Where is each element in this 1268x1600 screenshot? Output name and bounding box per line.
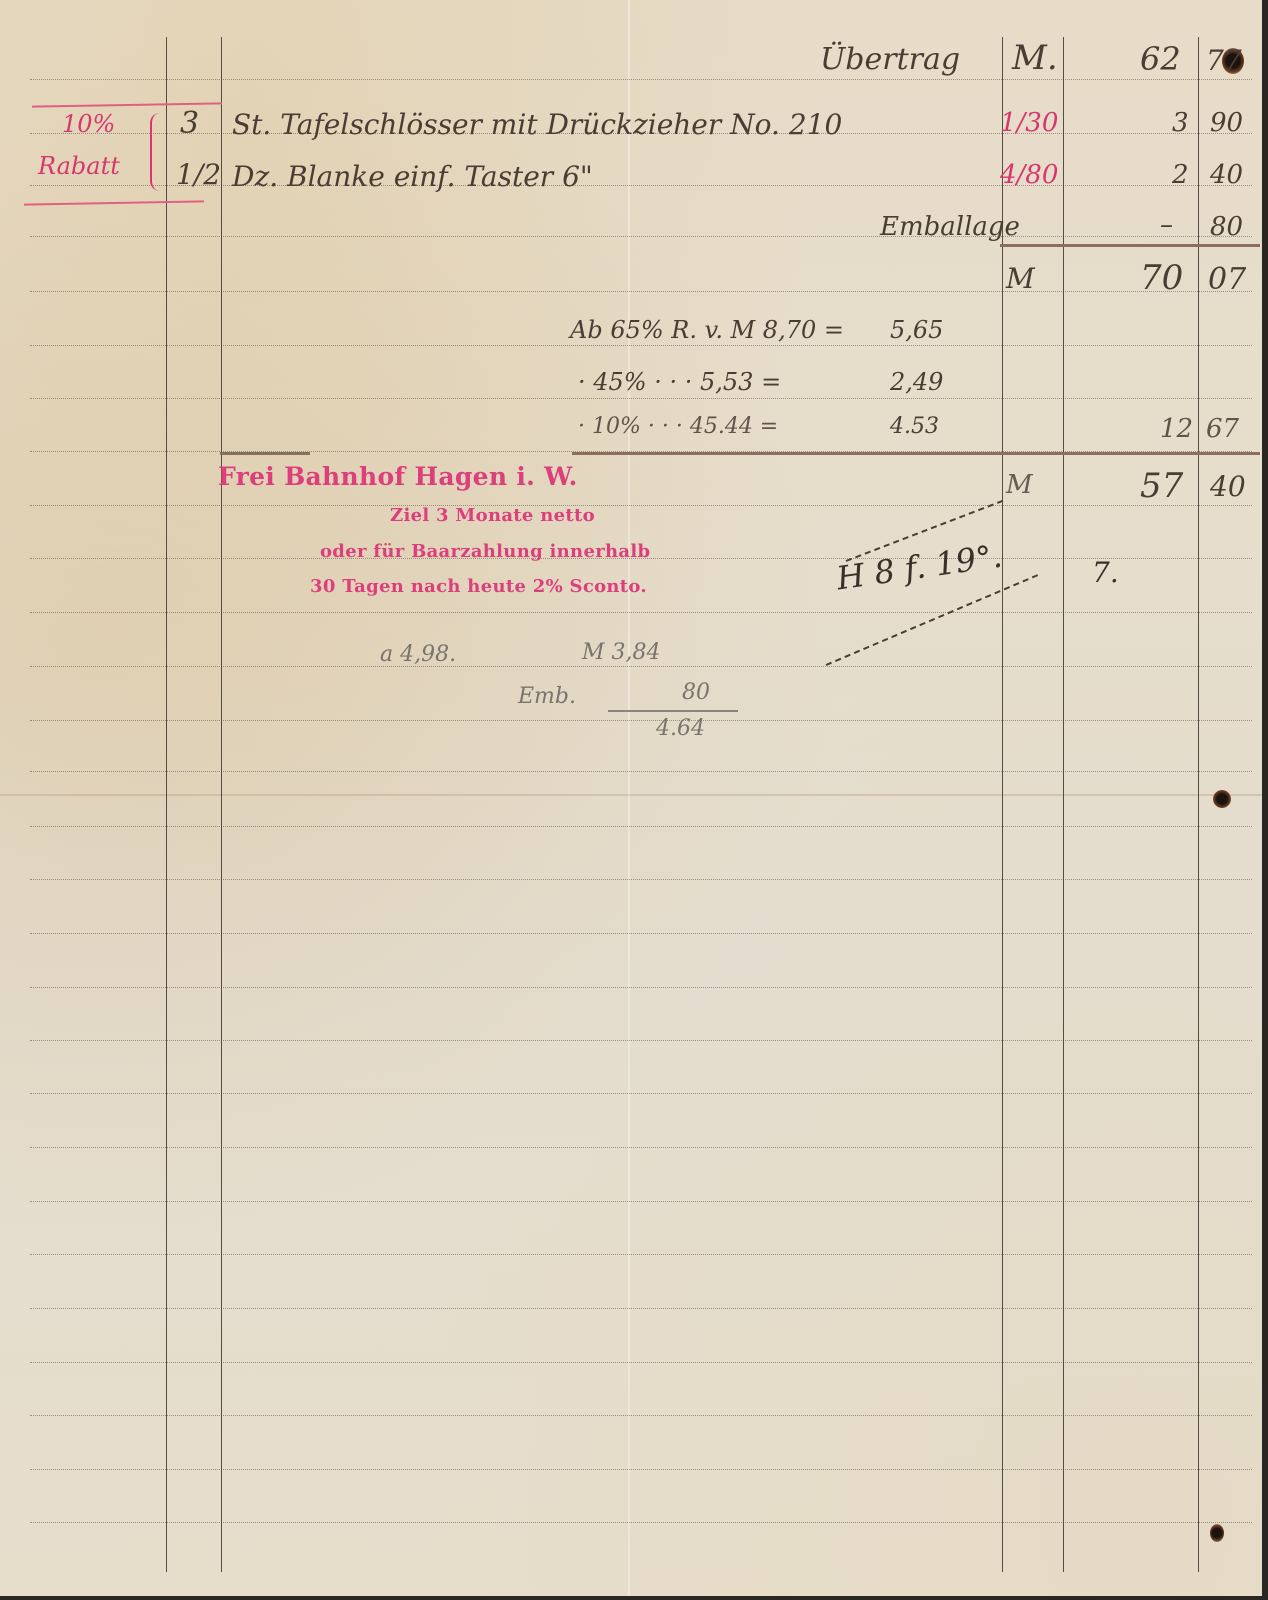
vertical-fold-crease — [628, 0, 630, 1596]
column-rule-unit-price — [1002, 37, 1003, 1572]
item-1-qty: 3 — [180, 106, 199, 141]
column-rule-marks — [1063, 37, 1064, 1572]
punch-hole — [1210, 1524, 1224, 1542]
ruled-line — [30, 879, 1252, 880]
ruled-line — [30, 612, 1252, 613]
cancel-right-mark: 7. — [1092, 556, 1119, 589]
pencil-sum-rule — [608, 710, 738, 712]
item-1-marks: 3 — [1172, 108, 1189, 138]
item-2-marks: 2 — [1172, 160, 1189, 190]
subtotal-currency: M — [1006, 262, 1035, 295]
deductions-total-marks: 12 — [1160, 414, 1193, 444]
ruled-line — [30, 933, 1252, 934]
item-1-unit-price: 1/30 — [1000, 108, 1058, 138]
packing-marks: – — [1160, 210, 1173, 240]
discount-percent: 10% — [62, 110, 115, 138]
cancel-note: H 8 f. 19°. — [834, 537, 1004, 598]
ruled-line — [30, 291, 1252, 292]
total-rule-left — [220, 452, 310, 455]
pencil-note-right: M 3,84 — [582, 640, 661, 665]
column-rule-qty — [221, 37, 222, 1572]
ruled-line — [30, 1522, 1252, 1523]
carried-forward-marks: 62 — [1140, 40, 1181, 78]
ruled-line — [30, 826, 1252, 827]
pencil-packing-label: Emb. — [518, 684, 576, 709]
ruled-line — [30, 398, 1252, 399]
total-pfennig: 40 — [1210, 470, 1246, 503]
ruled-line — [30, 1254, 1252, 1255]
pencil-result: 4.64 — [656, 716, 705, 741]
total-currency: M — [1006, 470, 1033, 500]
discount-bottom-rule — [24, 200, 204, 205]
deduction-1-text: Ab 65% R. v. M 8,70 = — [570, 316, 844, 344]
ruled-line — [30, 1147, 1252, 1148]
total-rule-right — [572, 452, 1260, 455]
ruled-line — [30, 1308, 1252, 1309]
invoice-page: Übertrag M. 62 77 10% Rabatt 3 St. Tafel… — [0, 0, 1262, 1596]
subtotal-pfennig: 07 — [1208, 262, 1246, 297]
ruled-line — [30, 79, 1252, 80]
carried-forward-label: Übertrag — [820, 42, 960, 77]
carried-forward-pfennig: 77 — [1206, 44, 1242, 77]
deduction-3-text: · 10% · · · 45.44 = — [578, 414, 778, 439]
item-2-qty: 1/2 — [176, 158, 221, 191]
stamp-delivery-terms: Frei Bahnhof Hagen i. W. — [218, 462, 578, 491]
subtotal-marks: 70 — [1140, 258, 1183, 298]
ruled-line — [30, 666, 1252, 667]
discount-brace-icon — [150, 113, 168, 191]
ruled-line — [30, 505, 1252, 506]
ruled-line — [30, 771, 1252, 772]
horizontal-fold-crease — [0, 794, 1262, 796]
column-rule-pfennig — [1198, 37, 1199, 1572]
item-1-description: St. Tafelschlösser mit Drückzieher No. 2… — [232, 108, 842, 141]
item-2-pfennig: 40 — [1210, 160, 1243, 190]
pencil-note-left: a 4,98. — [380, 642, 456, 667]
stamp-cash-payment: oder für Baarzahlung innerhalb — [320, 541, 650, 562]
ruled-line — [30, 345, 1252, 346]
subtotal-rule — [1000, 244, 1260, 247]
ruled-line — [30, 1201, 1252, 1202]
stamp-discount-terms: 30 Tagen nach heute 2% Sconto. — [310, 576, 647, 597]
pencil-packing-value: 80 — [682, 680, 710, 705]
item-2-description: Dz. Blanke einf. Taster 6" — [232, 160, 593, 193]
ruled-line — [30, 720, 1252, 721]
ruled-line — [30, 987, 1252, 988]
deduction-1-amount: 5,65 — [890, 316, 943, 344]
packing-pfennig: 80 — [1210, 212, 1243, 242]
punch-hole — [1213, 790, 1231, 808]
deduction-3-amount: 4.53 — [890, 414, 939, 439]
deduction-2-text: · 45% · · · 5,53 = — [578, 368, 781, 396]
item-1-pfennig: 90 — [1210, 108, 1243, 138]
ruled-line — [30, 1469, 1252, 1470]
total-marks: 57 — [1140, 466, 1183, 506]
ruled-line — [30, 1040, 1252, 1041]
column-rule-margin — [166, 37, 167, 1572]
deductions-total-pfennig: 67 — [1206, 414, 1239, 444]
item-2-unit-price: 4/80 — [1000, 160, 1058, 190]
ruled-line — [30, 1415, 1252, 1416]
discount-label: Rabatt — [38, 152, 120, 180]
currency-mark: M. — [1012, 38, 1058, 78]
ruled-line — [30, 1093, 1252, 1094]
deduction-2-amount: 2,49 — [890, 368, 943, 396]
packing-label: Emballage — [880, 212, 1020, 242]
ruled-line — [30, 1362, 1252, 1363]
ruled-line — [30, 236, 1252, 237]
stamp-payment-term: Ziel 3 Monate netto — [390, 505, 595, 526]
